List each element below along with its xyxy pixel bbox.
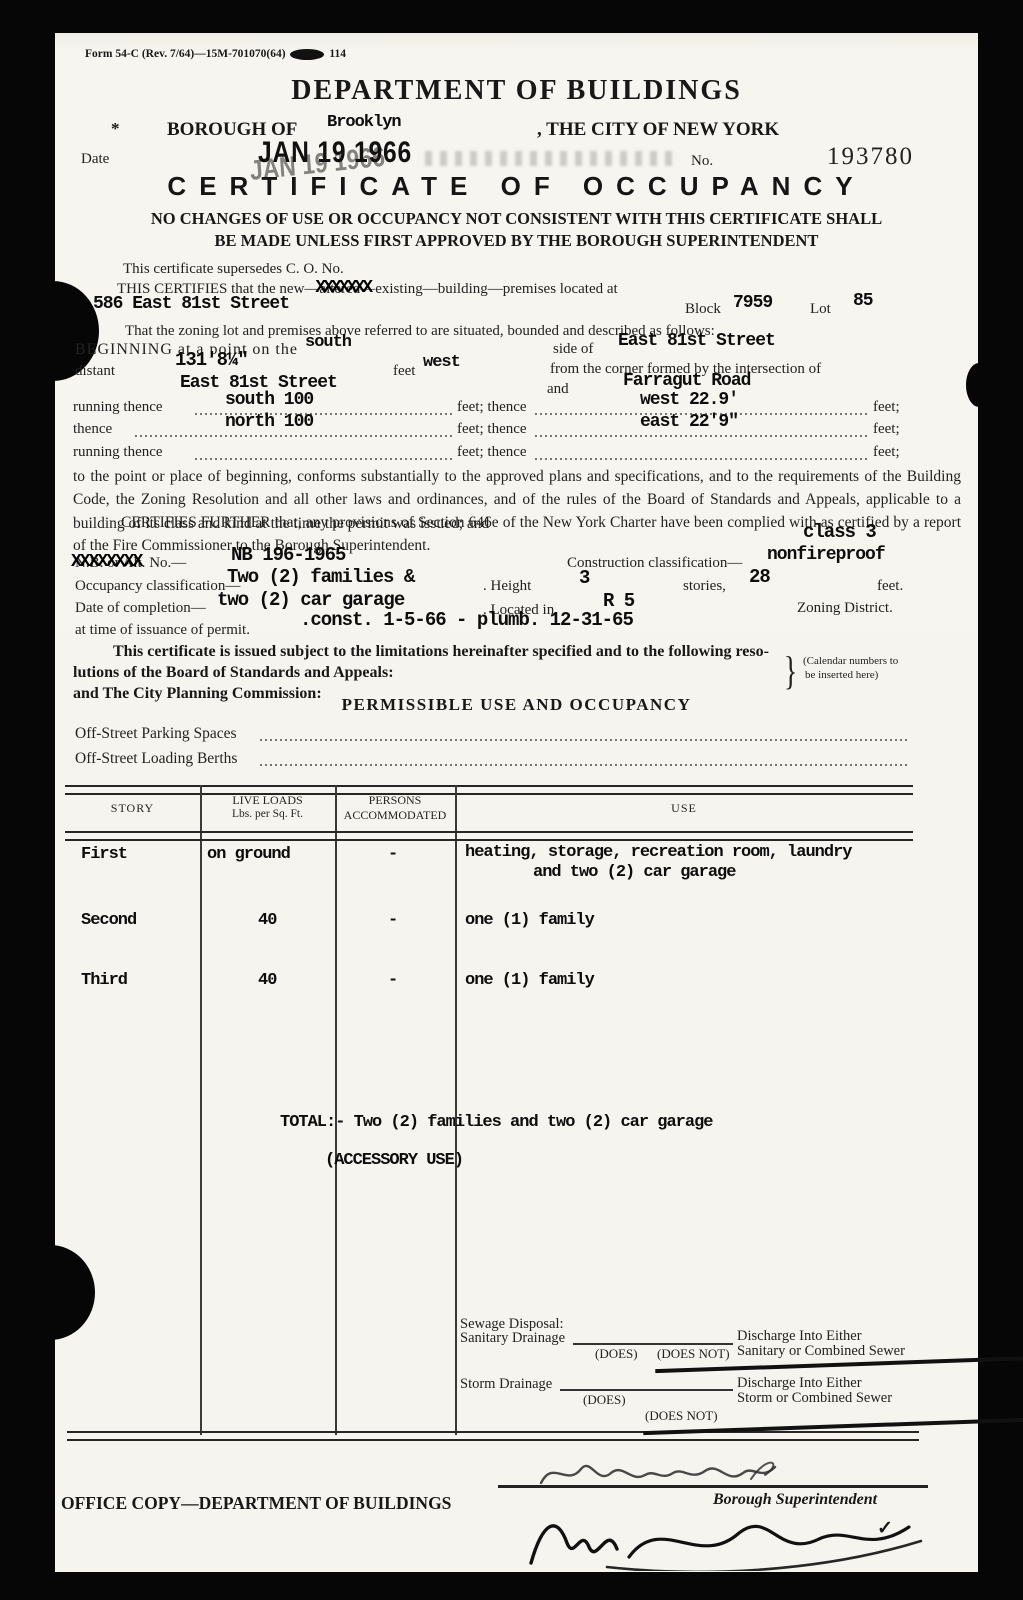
right-edge-blot [966, 363, 992, 407]
form-number-right: 114 [329, 48, 346, 60]
sanitary-right-2: Sanitary or Combined Sewer [737, 1343, 905, 1360]
large-signature [517, 1507, 937, 1571]
form-number: Form 54-C (Rev. 7/64)—15M-701070(64) 114 [85, 48, 346, 60]
thence-mid: feet; thence [457, 399, 527, 416]
nb-struck-wrap: N.B. or Alt.XXXXXXXX [75, 555, 145, 572]
thence-label: thence [73, 421, 112, 438]
storm-fill-line [560, 1389, 733, 1391]
thence-value1: south 100 [225, 390, 313, 410]
cell-story: Third [81, 971, 127, 990]
occupancy-value: Two (2) families & [227, 566, 414, 588]
block-label: Block [685, 301, 721, 318]
total-line: TOTAL:- Two (2) families and two (2) car… [280, 1113, 712, 1132]
thence-end: feet; [873, 444, 900, 461]
cell-use: heating, storage, recreation room, laund… [465, 843, 851, 862]
lot-label: Lot [810, 301, 831, 318]
height-value: 3 [579, 567, 589, 589]
block-value: 7959 [733, 293, 772, 313]
nb-x-overstamp: XXXXXXXX [71, 552, 141, 573]
printers-union-bug-icon [290, 49, 324, 60]
thence-end: feet; [873, 399, 900, 416]
side-value: south [305, 333, 351, 352]
cell-liveload: 40 [258, 971, 276, 990]
col-header-story: STORY [65, 801, 200, 816]
x-overstamp: XXXXXXX [315, 278, 370, 299]
date-label: Date [81, 151, 109, 168]
table-header-rule [65, 831, 913, 841]
certifies-suffix: —existing—building—premises located at [360, 281, 617, 297]
certificate-title: CERTIFICATE OF OCCUPANCY [55, 171, 978, 202]
cell-story: First [81, 845, 127, 864]
asterisk-mark: * [111, 119, 120, 139]
and-label: and [547, 381, 569, 398]
loading-label: Off-Street Loading Berths [75, 750, 237, 768]
sanitary-fill-line [573, 1343, 733, 1345]
supersedes-line: This certificate supersedes C. O. No. [123, 261, 344, 278]
thence-label: running thence [73, 399, 163, 416]
signature-line [498, 1485, 928, 1488]
cross-street-value: Farragut Road [623, 371, 750, 391]
stories-label: stories, [683, 578, 726, 595]
loading-leader [260, 764, 908, 766]
street-value: East 81st Street [618, 331, 775, 351]
parking-label: Off-Street Parking Spaces [75, 725, 237, 743]
col-header-use: USE [455, 801, 913, 816]
leader-line [135, 435, 455, 437]
struck-word-wrap: alteredXXXXXXX [319, 281, 360, 298]
parking-leader [260, 739, 908, 741]
table-vline-2 [335, 785, 337, 1435]
col-header-persons-2: ACCOMMODATED [335, 808, 455, 823]
completion-value: two (2) car garage [217, 589, 404, 611]
certificate-paper: Form 54-C (Rev. 7/64)—15M-701070(64) 114… [55, 33, 978, 1572]
nb-value: NB 196-1965 [231, 544, 345, 566]
thence-value1: north 100 [225, 412, 313, 432]
cell-persons: - [388, 845, 397, 864]
resolutions-line2: lutions of the Board of Standards and Ap… [73, 664, 394, 682]
cell-use: one (1) family [465, 971, 594, 990]
leader-line [195, 458, 455, 460]
feet-unit-label: feet. [877, 578, 903, 595]
scanned-certificate-page: Form 54-C (Rev. 7/64)—15M-701070(64) 114… [0, 0, 1023, 1600]
distant-label: distant [75, 363, 115, 380]
calendar-note-line1: (Calendar numbers to [803, 655, 898, 667]
cell-liveload: 40 [258, 911, 276, 930]
department-title: DEPARTMENT OF BUILDINGS [55, 75, 978, 107]
side-of-label: side of [553, 341, 593, 358]
cell-story: Second [81, 911, 136, 930]
table-top-rule [65, 785, 913, 795]
thence-value2: east 22'9" [640, 412, 738, 432]
class-value: class 3 [803, 521, 876, 543]
construction-label: Construction classification— [567, 555, 742, 572]
number-label: No. [691, 153, 713, 170]
table-vline-1 [200, 785, 202, 1435]
thence-label: running thence [73, 444, 163, 461]
form-number-left: Form 54-C (Rev. 7/64)—15M-701070(64) [85, 48, 286, 60]
cell-liveload: on ground [207, 845, 290, 864]
thence-end: feet; [873, 421, 900, 438]
feet-label: feet [393, 363, 415, 380]
col-header-persons-1: PERSONS [335, 793, 455, 808]
checkmark: ✓ [877, 1517, 893, 1540]
notice-line1: NO CHANGES OF USE OR OCCUPANCY NOT CONSI… [55, 209, 978, 229]
cell-persons: - [388, 911, 397, 930]
sanitary-label: Sanitary Drainage [460, 1330, 565, 1347]
nb-no-label: No.— [149, 555, 186, 571]
nb-line-label: N.B. or Alt.XXXXXXXX No.— [75, 555, 186, 572]
notice-line2: BE MADE UNLESS FIRST APPROVED BY THE BOR… [55, 231, 978, 251]
illegible-stamp-smudge [425, 151, 675, 166]
storm-does: (DOES) [583, 1392, 626, 1408]
cell-use: one (1) family [465, 911, 594, 930]
thence-value2: west 22.9' [640, 390, 738, 410]
construction-value: nonfireproof [767, 545, 885, 565]
certificate-number: 193780 [827, 143, 914, 171]
premises-address: 586 East 81st Street [93, 294, 289, 314]
city-suffix: , THE CITY OF NEW YORK [537, 119, 779, 141]
office-copy-label: OFFICE COPY—DEPARTMENT OF BUILDINGS [61, 1493, 451, 1514]
storm-does-not: (DOES NOT) [645, 1408, 1023, 1424]
storm-right-2: Storm or Combined Sewer [737, 1390, 892, 1407]
height-label: . Height [483, 578, 531, 595]
occupancy-label: Occupancy classification— [75, 578, 240, 595]
permit-time-label: at time of issuance of permit. [75, 622, 250, 639]
sanitary-does: (DOES) [595, 1346, 638, 1362]
table-bottom-rule [67, 1431, 919, 1441]
calendar-brace: } [784, 647, 797, 694]
stories-value: 28 [749, 566, 770, 588]
calendar-note-line2: be inserted here) [805, 669, 878, 681]
cell-use-line2: and two (2) car garage [533, 863, 735, 882]
leader-line [535, 435, 870, 437]
col-header-liveloads-1: LIVE LOADS [200, 793, 335, 808]
accessory-line: (ACCESSORY USE) [325, 1151, 463, 1170]
permit-dates-value: .const. 1-5-66 - plumb. 12-31-65 [300, 609, 633, 631]
distance-value: 131'8¼" [175, 349, 248, 371]
thence-mid: feet; thence [457, 421, 527, 438]
lot-value: 85 [853, 291, 873, 311]
hole-punch-bottom [5, 1245, 95, 1340]
completion-label: Date of completion— [75, 600, 206, 617]
leader-line [535, 458, 870, 460]
cell-persons: - [388, 971, 397, 990]
resolutions-line1: This certificate is issued subject to th… [73, 643, 769, 661]
col-header-liveloads-2: Lbs. per Sq. Ft. [200, 808, 335, 820]
permissible-title: PERMISSIBLE USE AND OCCUPANCY [55, 695, 978, 715]
thence-mid: feet; thence [457, 444, 527, 461]
storm-label: Storm Drainage [460, 1376, 552, 1393]
district-label: Zoning District. [797, 600, 893, 617]
direction-value: west [423, 353, 460, 372]
borough-value: Brooklyn [327, 113, 401, 132]
table-vline-3 [455, 785, 457, 1435]
